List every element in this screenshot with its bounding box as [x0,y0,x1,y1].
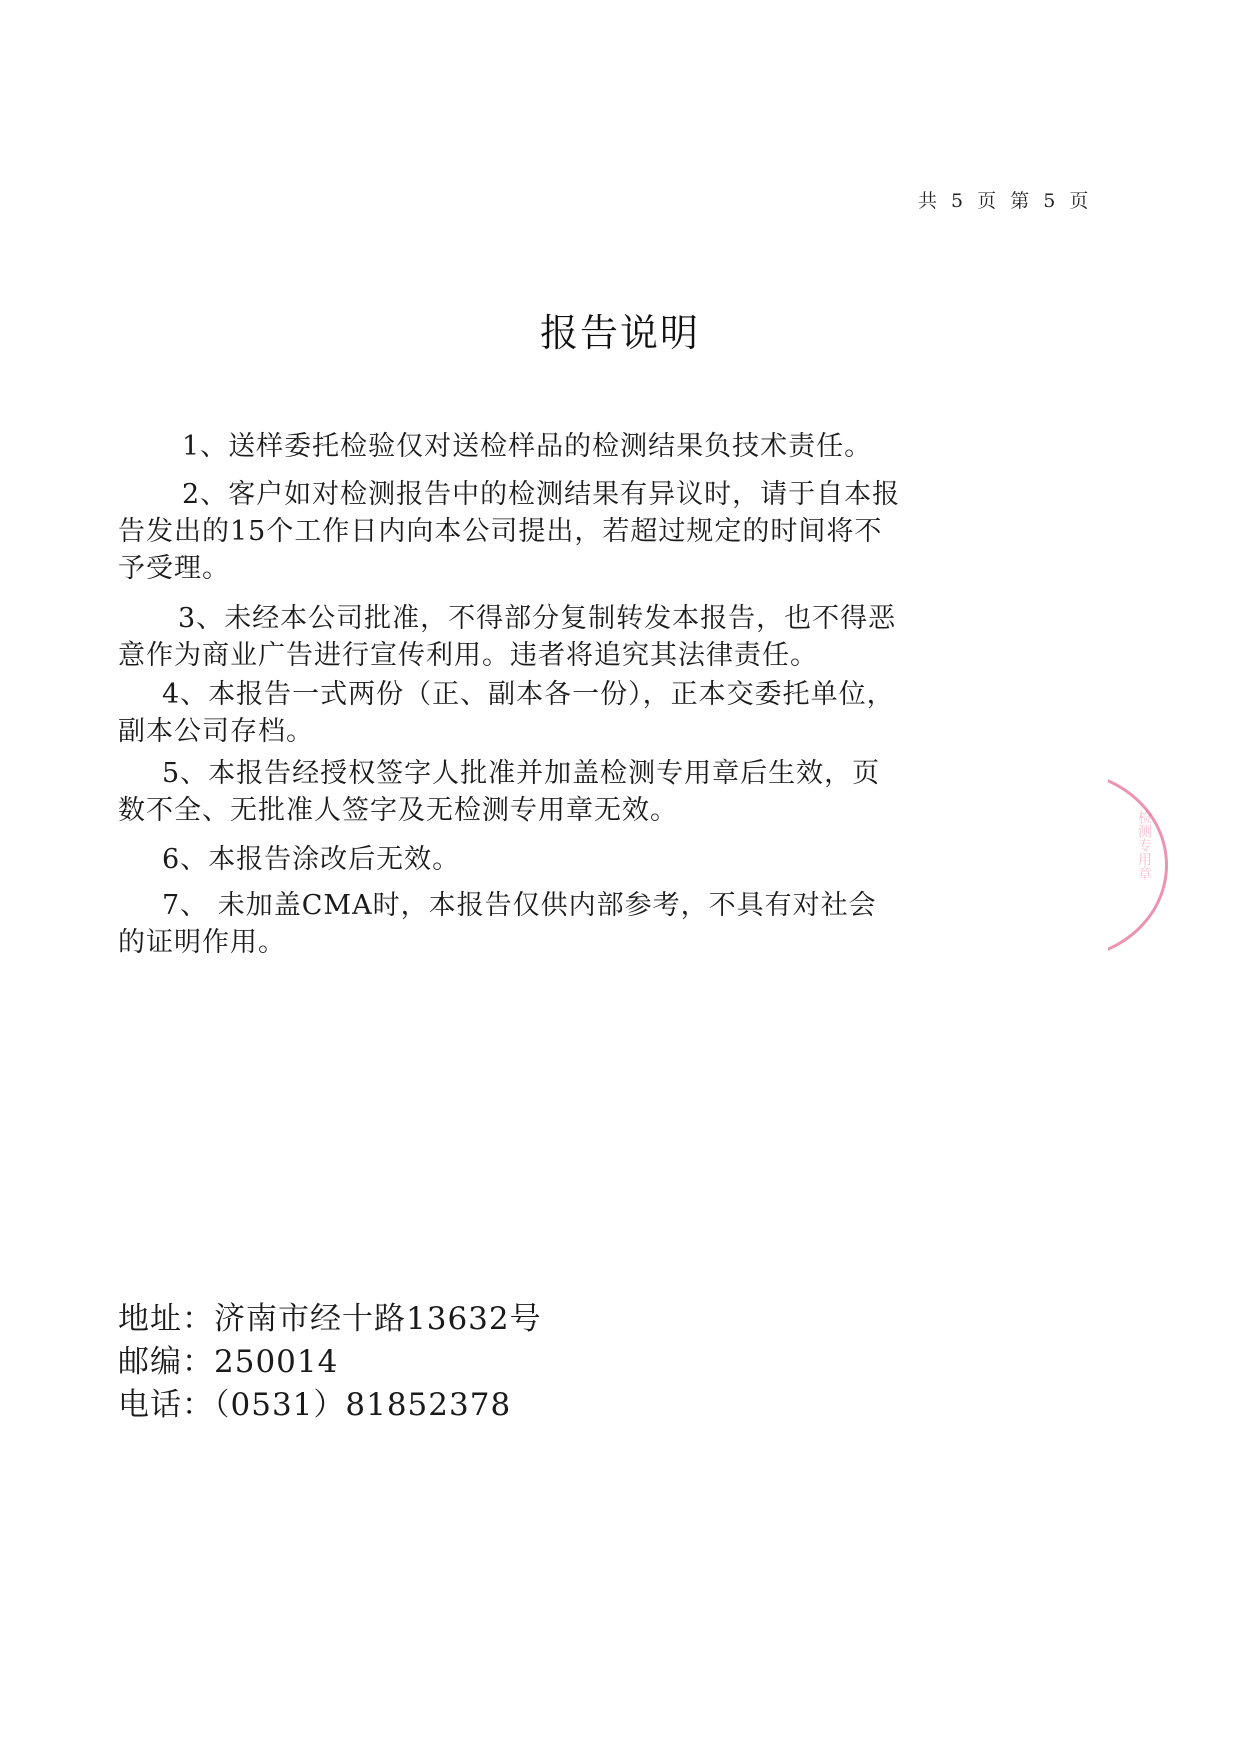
page-title: 报告说明 [0,302,1240,357]
note-text: 本报告涂改后无效。 [208,844,460,875]
note-text: 本报告一式两份（正、副本各一份），正本交委托单位， [208,679,895,710]
note-number: 3、 [178,603,224,634]
note-7: 7、 未加盖CMA时，本报告仅供内部参考，不具有对社会 的证明作用。 [118,887,877,961]
note-number: 4、 [162,679,208,710]
note-text-continued: 的证明作用。 [118,924,877,961]
page-info: 共 5 页 第 5 页 [918,186,1090,213]
note-2: 2、客户如对检测报告中的检测结果有异议时，请于自本报 告发出的15个工作日内向本… [118,476,900,587]
note-number: 5、 [162,758,208,789]
phone-value: （0531）81852378 [214,1387,511,1423]
note-4: 4、本报告一式两份（正、副本各一份），正本交委托单位， 副本公司存档。 [118,676,895,750]
note-text-continued: 予受理。 [118,550,900,587]
official-seal-stamp: 检测专用章 [1108,770,1168,960]
postcode-label: 邮编： [118,1344,214,1380]
address-value: 济南市经十路13632号 [214,1301,542,1337]
note-text: 本报告经授权签字人批准并加盖检测专用章后生效，页 [208,758,880,789]
phone-label: 电话： [118,1387,214,1423]
note-text-continued: 副本公司存档。 [118,713,895,750]
note-number: 7、 [162,890,208,921]
contact-info: 地址：济南市经十路13632号 邮编：250014 电话：（0531）81852… [118,1298,542,1427]
note-text: 送样委托检验仅对送检样品的检测结果负技术责任。 [228,431,872,462]
note-1: 1、送样委托检验仅对送检样品的检测结果负技术责任。 [118,428,872,465]
note-3: 3、未经本公司批准，不得部分复制转发本报告，也不得恶 意作为商业广告进行宣传利用… [118,600,896,674]
postcode-value: 250014 [214,1344,338,1380]
postcode-line: 邮编：250014 [118,1341,542,1384]
note-text: 未经本公司批准，不得部分复制转发本报告，也不得恶 [224,603,896,634]
phone-line: 电话：（0531）81852378 [118,1384,542,1427]
note-text-continued: 告发出的15个工作日内向本公司提出，若超过规定的时间将不 [118,513,900,550]
note-5: 5、本报告经授权签字人批准并加盖检测专用章后生效，页 数不全、无批准人签字及无检… [118,755,880,829]
note-6: 6、本报告涂改后无效。 [118,841,460,878]
note-number: 1、 [182,431,228,462]
note-number: 6、 [162,844,208,875]
address-label: 地址： [118,1301,214,1337]
note-text: 未加盖CMA时，本报告仅供内部参考，不具有对社会 [208,890,876,921]
seal-text: 检测专用章 [1122,810,1152,880]
address-line: 地址：济南市经十路13632号 [118,1298,542,1341]
note-number: 2、 [182,479,228,510]
note-text-continued: 意作为商业广告进行宣传利用。违者将追究其法律责任。 [118,637,896,674]
note-text-continued: 数不全、无批准人签字及无检测专用章无效。 [118,792,880,829]
note-text: 客户如对检测报告中的检测结果有异议时，请于自本报 [228,479,900,510]
